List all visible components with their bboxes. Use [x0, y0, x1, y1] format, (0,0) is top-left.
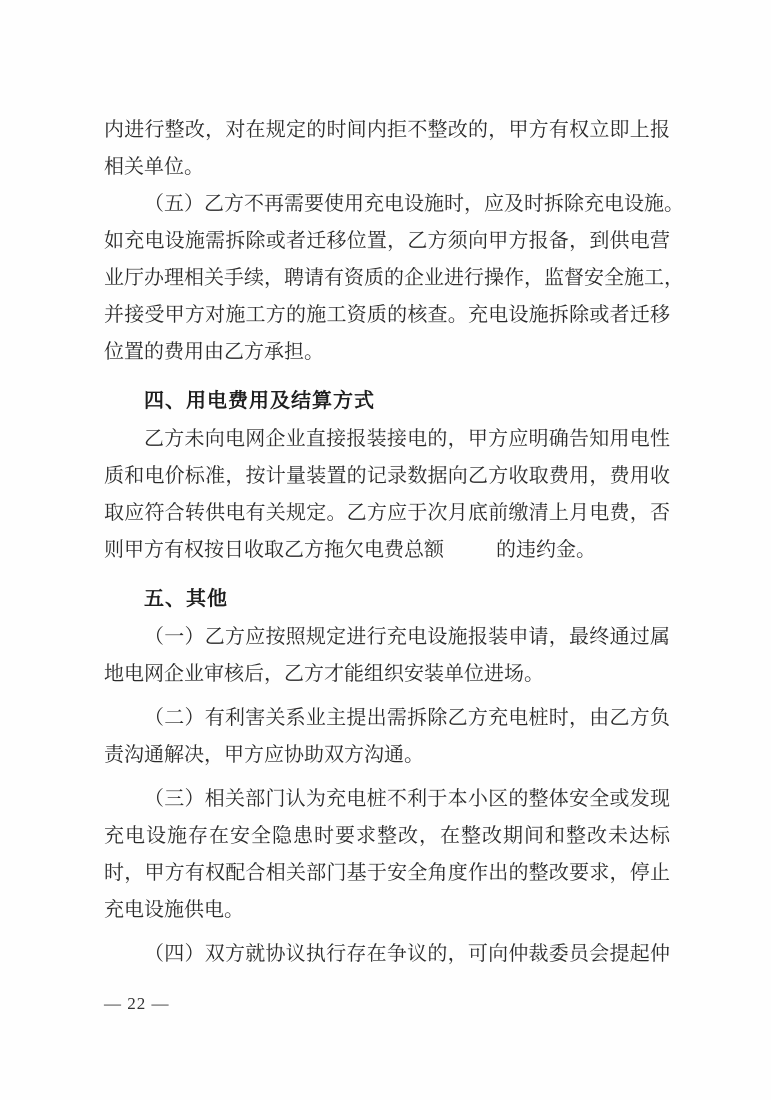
paragraph-line: 内进行整改，对在规定的时间内拒不整改的，甲方有权立即上报 [104, 111, 670, 148]
clause-5-line: 业厅办理相关手续，聘请有资质的企业进行操作，监督安全施工， [104, 259, 670, 296]
line-text: 的违约金。 [496, 537, 596, 561]
item-4-line: （四）双方就协议执行存在争议的，可向仲裁委员会提起仲 [144, 935, 670, 972]
clause-5-line: 位置的费用由乙方承担。 [104, 333, 670, 370]
clause-5-line: （五）乙方不再需要使用充电设施时，应及时拆除充电设施。 [144, 185, 670, 222]
page-number: — 22 — [104, 994, 170, 1014]
item-3-line: 充电设施供电。 [104, 891, 670, 928]
section-4-line: 乙方未向电网企业直接报装接电的，甲方应明确告知用电性 [144, 420, 670, 457]
document-page: 内进行整改，对在规定的时间内拒不整改的，甲方有权立即上报 相关单位。 （五）乙方… [0, 0, 771, 1100]
section-4-line: 取应符合转供电有关规定。乙方应于次月底前缴清上月电费，否 [104, 494, 670, 531]
item-3-line: 充电设施存在安全隐患时要求整改，在整改期间和整改未达标 [104, 817, 670, 854]
item-3-line: （三）相关部门认为充电桩不利于本小区的整体安全或发现 [144, 780, 670, 817]
clause-5-line: 并接受甲方对施工方的施工资质的核查。充电设施拆除或者迁移 [104, 296, 670, 333]
item-3-line: 时，甲方有权配合相关部门基于安全角度作出的整改要求，停止 [104, 854, 670, 891]
section-4-line: 质和电价标准，按计量装置的记录数据向乙方收取费用，费用收 [104, 457, 670, 494]
item-1-line: 地电网企业审核后，乙方才能组织安装单位进场。 [104, 655, 670, 692]
line-text: 则甲方有权按日收取乙方拖欠电费总额 [104, 537, 444, 561]
item-1-line: （一）乙方应按照规定进行充电设施报装申请，最终通过属 [144, 618, 670, 655]
section-5-heading: 五、其他 [144, 580, 228, 617]
item-2-line: 责沟通解决，甲方应协助双方沟通。 [104, 736, 670, 773]
clause-5-line: 如充电设施需拆除或者迁移位置，乙方须向甲方报备，到供电营 [104, 222, 670, 259]
item-2-line: （二）有利害关系业主提出需拆除乙方充电桩时，由乙方负 [144, 699, 670, 736]
section-4-line: 则甲方有权按日收取乙方拖欠电费总额的违约金。 [104, 531, 670, 568]
section-4-heading: 四、用电费用及结算方式 [144, 382, 375, 419]
paragraph-line: 相关单位。 [104, 148, 670, 185]
